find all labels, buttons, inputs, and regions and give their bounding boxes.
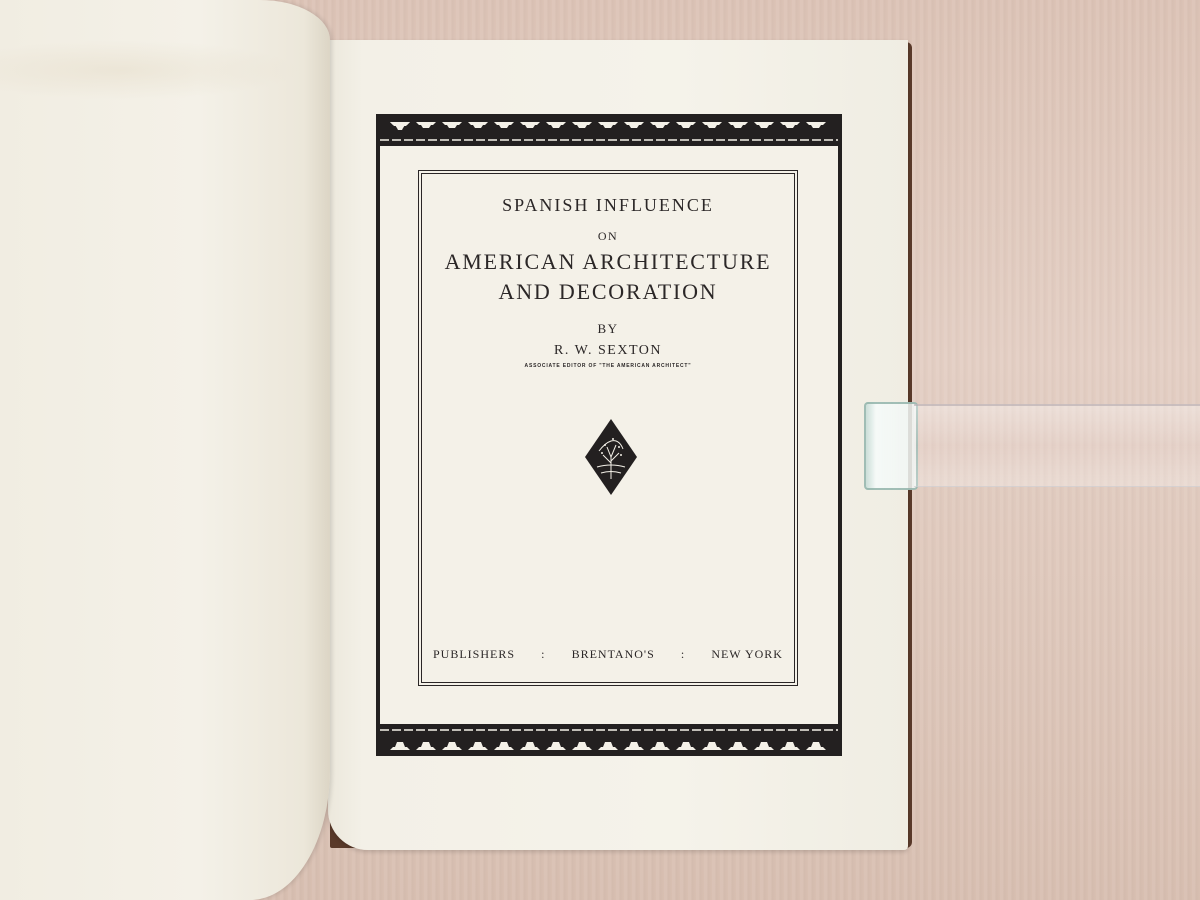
publisher-label: PUBLISHERS (433, 647, 515, 662)
separator: : (681, 647, 685, 662)
diamond-tree-emblem-icon (583, 417, 639, 497)
title-line-2: ON (419, 229, 797, 244)
publisher-name: BRENTANO'S (572, 647, 655, 662)
publisher-city: NEW YORK (711, 647, 783, 662)
publisher-line: PUBLISHERS : BRENTANO'S : NEW YORK (433, 647, 783, 662)
ruler-body (914, 404, 1200, 487)
ruler-end (864, 402, 918, 490)
by-label: BY (419, 321, 797, 337)
left-blank-page (0, 0, 330, 900)
top-triangle-band-icon (376, 114, 842, 146)
title-line-3: AMERICAN ARCHITECTURE (419, 249, 797, 275)
separator: : (541, 647, 545, 662)
frame-right-rule (838, 144, 842, 726)
frame-left-rule (376, 144, 380, 726)
author-name: R. W. SEXTON (419, 343, 797, 359)
acrylic-ruler (864, 402, 1200, 488)
page-stain (0, 40, 300, 100)
title-line-4: AND DECORATION (419, 279, 797, 305)
author-note: ASSOCIATE EDITOR OF "THE AMERICAN ARCHIT… (419, 363, 797, 369)
title-line-1: SPANISH INFLUENCE (419, 195, 797, 216)
bottom-triangle-band-icon (376, 724, 842, 756)
title-panel: SPANISH INFLUENCE ON AMERICAN ARCHITECTU… (418, 170, 798, 686)
